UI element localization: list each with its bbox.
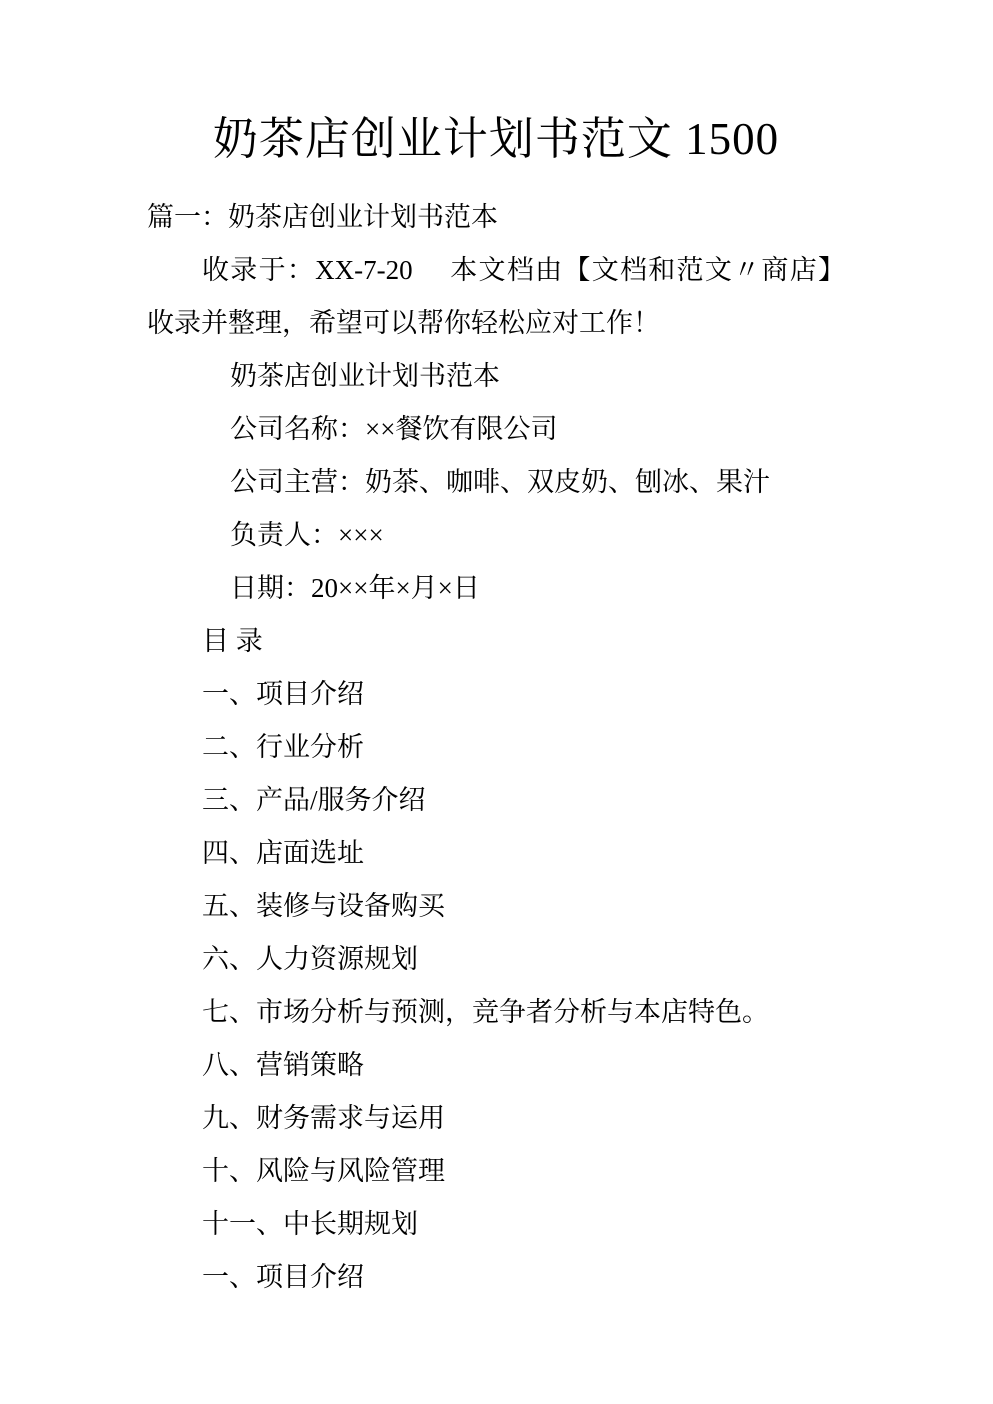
document-page: 奶茶店创业计划书范文 1500 篇一：奶茶店创业计划书范本 收录于：XX-7-2… [0,0,993,1404]
toc-item-1: 一、项目介绍 [147,668,845,721]
company-business-line: 公司主营：奶茶、咖啡、双皮奶、刨冰、果汁 [147,456,845,509]
heading-part-one: 篇一：奶茶店创业计划书范本 [147,191,845,244]
subtitle-plan-template: 奶茶店创业计划书范本 [147,350,845,403]
document-body: 篇一：奶茶店创业计划书范本 收录于：XX-7-20 本文档由【文档和范文〃商店】… [147,191,845,1304]
toc-item-4: 四、店面选址 [147,827,845,880]
toc-item-11: 十一、中长期规划 [147,1198,845,1251]
person-in-charge-line: 负责人：××× [147,509,845,562]
toc-item-7: 七、市场分析与预测，竞争者分析与本店特色。 [147,986,845,1039]
toc-item-2: 二、行业分析 [147,721,845,774]
collection-note: 收录于：XX-7-20 本文档由【文档和范文〃商店】收录并整理，希望可以帮你轻松… [147,244,845,350]
toc-item-5: 五、装修与设备购买 [147,880,845,933]
toc-item-8: 八、营销策略 [147,1039,845,1092]
toc-item-9: 九、财务需求与运用 [147,1092,845,1145]
document-title: 奶茶店创业计划书范文 1500 [147,110,845,168]
toc-item-6: 六、人力资源规划 [147,933,845,986]
toc-item-3: 三、产品/服务介绍 [147,774,845,827]
company-name-line: 公司名称：××餐饮有限公司 [147,403,845,456]
toc-item-10: 十、风险与风险管理 [147,1145,845,1198]
section-heading-project-intro: 一、项目介绍 [147,1251,845,1304]
toc-heading: 目 录 [147,615,845,668]
date-line: 日期：20××年×月×日 [147,562,845,615]
